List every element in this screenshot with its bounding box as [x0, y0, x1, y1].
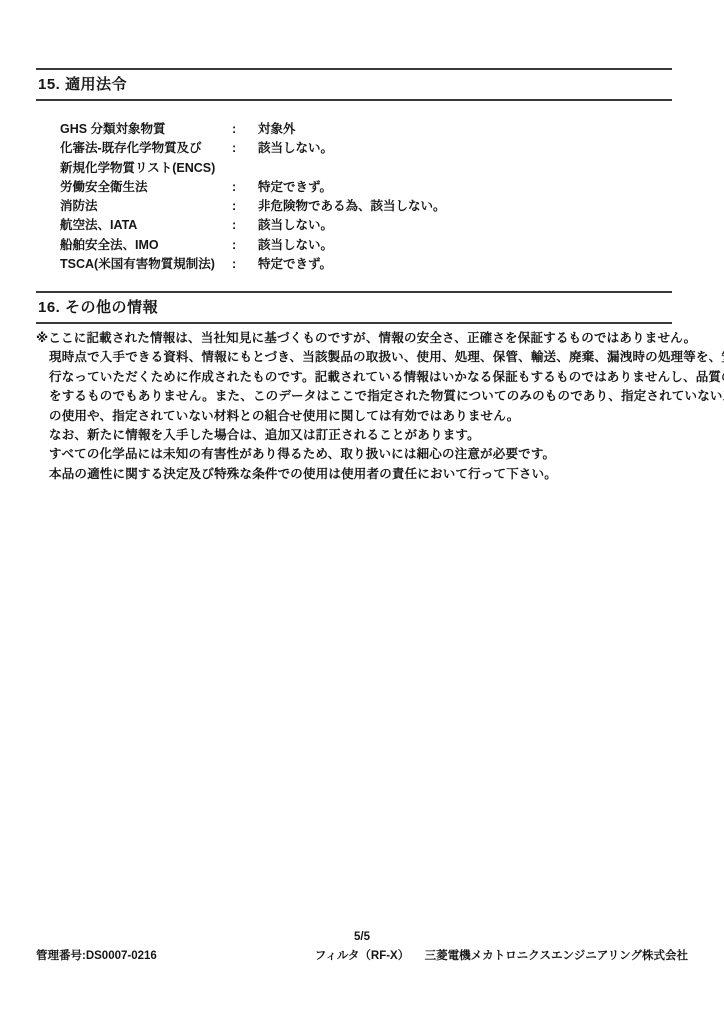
- notes-line: の使用や、指定されていない材料との組合せ使用に関しては有効ではありません。: [36, 407, 696, 426]
- law-colon: :: [232, 216, 258, 235]
- sds-document-page: 15. 適用法令 GHS 分類対象物質 : 対象外 化審法-既存化学物質及び 新…: [0, 0, 724, 1024]
- law-name: 消防法: [60, 197, 232, 216]
- footer-company-name: 三菱電機メカトロニクスエンジニアリング株式会社: [409, 949, 688, 964]
- law-table-row: 化審法-既存化学物質及び 新規化学物質リスト(ENCS) : 該当しない。: [60, 139, 680, 178]
- law-status: 特定できず。: [258, 178, 680, 197]
- law-status: 対象外: [258, 120, 680, 139]
- notes-line: すべての化学品には未知の有害性があり得るため、取り扱いには細心の注意が必要です。: [36, 445, 696, 464]
- law-status: 該当しない。: [258, 236, 680, 255]
- law-name: GHS 分類対象物質: [60, 120, 232, 139]
- law-name: 航空法、IATA: [60, 216, 232, 235]
- law-table-row: 消防法 : 非危険物である為、該当しない。: [60, 197, 680, 216]
- footer-control-number: 管理番号:DS0007-0216: [36, 949, 315, 964]
- footer: 管理番号:DS0007-0216 フィルタ（RF-X） 三菱電機メカトロニクスエ…: [36, 949, 688, 964]
- law-name: 労働安全衛生法: [60, 178, 232, 197]
- law-colon: :: [232, 139, 258, 158]
- section-15-title: 15. 適用法令: [36, 70, 672, 99]
- law-colon: :: [232, 236, 258, 255]
- other-information-notes: ※ここに記載された情報は、当社知見に基づくものですが、情報の安全さ、正確さを保証…: [36, 329, 696, 484]
- notes-line: なお、新たに情報を入手した場合は、追加又は訂正されることがあります。: [36, 426, 696, 445]
- applicable-laws-table: GHS 分類対象物質 : 対象外 化審法-既存化学物質及び 新規化学物質リスト(…: [60, 120, 680, 274]
- law-colon: :: [232, 255, 258, 274]
- law-colon: :: [232, 120, 258, 139]
- section-15-header: 15. 適用法令: [36, 68, 672, 101]
- law-table-row: 船舶安全法、IMO : 該当しない。: [60, 236, 680, 255]
- law-name: 化審法-既存化学物質及び 新規化学物質リスト(ENCS): [60, 139, 232, 178]
- section-16-title: 16. その他の情報: [36, 293, 672, 322]
- law-colon: :: [232, 197, 258, 216]
- notes-line: 現時点で入手できる資料、情報にもとづき、当該製品の取扱い、使用、処理、保管、輸送…: [36, 348, 696, 367]
- law-table-row: GHS 分類対象物質 : 対象外: [60, 120, 680, 139]
- law-status: 非危険物である為、該当しない。: [258, 197, 680, 216]
- law-name: 船舶安全法、IMO: [60, 236, 232, 255]
- notes-line: をするものでもありません。また、このデータはここで指定された物質についてのみのも…: [36, 387, 696, 406]
- notes-line: 本品の適性に関する決定及び特殊な条件での使用は使用者の責任において行って下さい。: [36, 465, 696, 484]
- law-table-row: 航空法、IATA : 該当しない。: [60, 216, 680, 235]
- law-table-row: 労働安全衛生法 : 特定できず。: [60, 178, 680, 197]
- law-status: 該当しない。: [258, 216, 680, 235]
- law-colon: :: [232, 178, 258, 197]
- notes-line: 行なっていただくために作成されたものです。記載されている情報はいかなる保証もする…: [36, 368, 696, 387]
- law-status: 特定できず。: [258, 255, 680, 274]
- footer-product-name: フィルタ（RF-X）: [315, 949, 409, 964]
- page-number: 5/5: [0, 931, 724, 943]
- law-status: 該当しない。: [258, 139, 680, 158]
- section-16-header: 16. その他の情報: [36, 291, 672, 324]
- notes-line: ※ここに記載された情報は、当社知見に基づくものですが、情報の安全さ、正確さを保証…: [36, 329, 696, 348]
- law-name: TSCA(米国有害物質規制法): [60, 255, 232, 274]
- law-table-row: TSCA(米国有害物質規制法) : 特定できず。: [60, 255, 680, 274]
